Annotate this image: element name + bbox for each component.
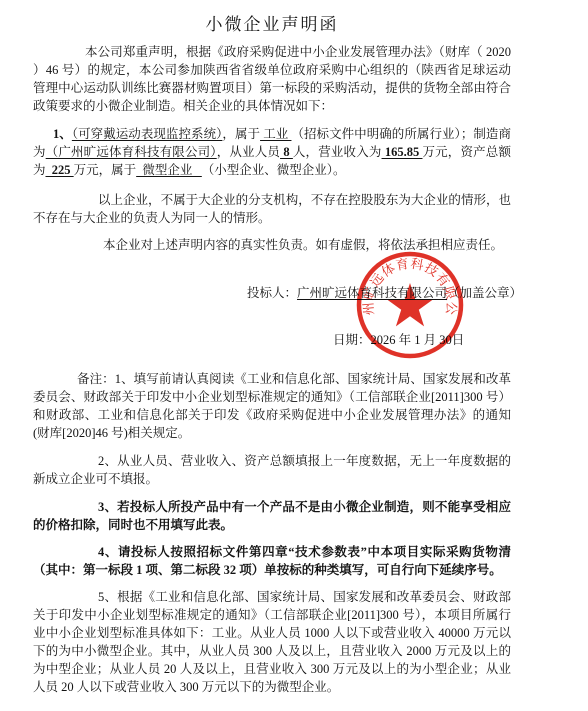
enterprise-declaration-item: 1、（可穿戴运动表现监控系统），属于 工业 （招标文件中明确的所属行业）；制造商… (33, 125, 511, 179)
no-branch-paragraph: 以上企业，不属于大企业的分支机构，不存在控股股东为大企业的情形，也不存在与大企业… (33, 191, 511, 227)
field-industry: 工业 (260, 127, 291, 141)
note-item-2: 2、从业人员、营业收入、资产总额填报上一年度数据，无上一年度数据的新成立企业可不… (33, 452, 511, 488)
responsibility-paragraph: 本企业对上述声明内容的真实性负责。如有虚假，将依法承担相应责任。 (33, 236, 511, 254)
static-text: ，从业人员 (217, 145, 280, 159)
bidder-line: 投标人：广州旷远体育科技有限公司（加盖公章） (33, 284, 511, 302)
field-employee-count: 8 (280, 145, 293, 159)
static-text: 人，营业收入为 (293, 145, 382, 159)
declaration-document-page: 小微企业声明函 本公司郑重声明，根据《政府采购促进中小企业发展管理办法》（财库（… (0, 0, 588, 711)
field-revenue: 165.85 (382, 145, 423, 159)
date-line: 日期：2026 年 1 月 30日 (33, 331, 511, 349)
field-manufacturer: （广州旷远体育科技有限公司） (46, 145, 217, 159)
bidder-company-name: 广州旷远体育科技有限公司 (297, 286, 447, 300)
bidder-label: 投标人： (247, 286, 297, 300)
bidder-seal-note: （加盖公章） (447, 286, 522, 300)
field-product-name: （可穿戴运动表现监控系统） (72, 127, 223, 141)
document-title: 小微企业声明函 (33, 13, 511, 37)
intro-paragraph: 本公司郑重声明，根据《政府采购促进中小企业发展管理办法》（财库（ 2020 ）4… (33, 43, 511, 115)
document-content: 小微企业声明函 本公司郑重声明，根据《政府采购促进中小企业发展管理办法》（财库（… (33, 0, 511, 706)
note-item-5: 5、根据《工业和信息化部、国家统计局、国家发展和改革委员会、财政部关于印发中小企… (33, 588, 511, 696)
static-text: ，属于 (222, 127, 260, 141)
item-number: 1、 (53, 127, 72, 141)
note-item-3: 3、若投标人所投产品中有一个产品不是由小微企业制造，则不能享受相应的价格扣除，同… (33, 498, 511, 534)
static-text: （小型企业、微型企业）。 (202, 163, 346, 177)
field-enterprise-type: 微型企业 (136, 163, 202, 177)
note-item-1: 备注：1、填写前请认真阅读《工业和信息化部、国家统计局、国家发展和改革委员会、财… (33, 370, 511, 442)
static-text: 万元，属于 (74, 163, 137, 177)
note-item-4: 4、请投标人按照招标文件第四章“技术参数表”中本项目实际采购货物清（其中：第一标… (33, 543, 511, 579)
notes-label: 备注： (77, 372, 115, 386)
field-total-assets: 225 (46, 163, 74, 177)
